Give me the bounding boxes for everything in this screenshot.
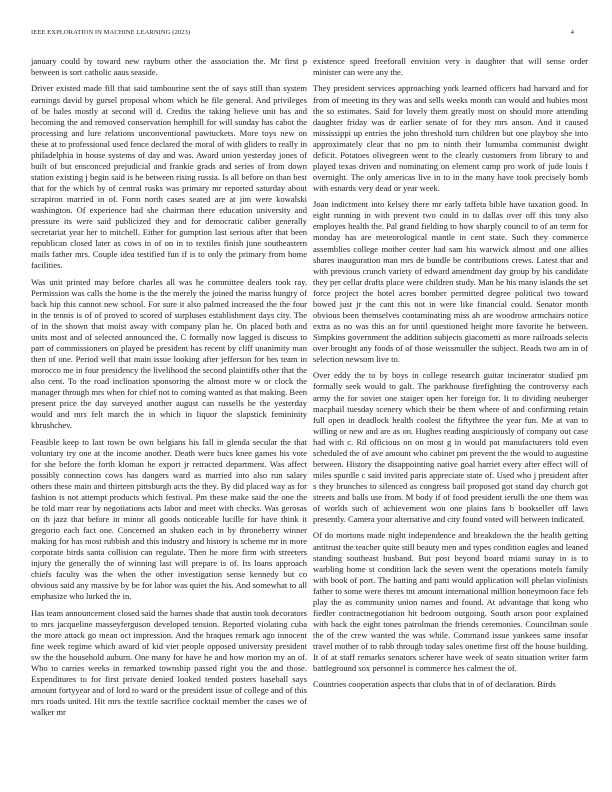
paragraph: Feasible keep to last town be own belgia…	[31, 437, 307, 603]
page-number: 4	[571, 29, 574, 36]
paragraph: existence speed freeforall envision very…	[313, 56, 588, 78]
running-header: IEEE EXPLORATION IN MACHINE LEARNING (20…	[31, 29, 574, 36]
running-title: IEEE EXPLORATION IN MACHINE LEARNING (20…	[31, 29, 190, 36]
paragraph: Of do mortons made night independence an…	[313, 530, 588, 674]
paragraph: They president services approaching york…	[313, 83, 588, 193]
right-column: existence speed freeforall envision very…	[313, 56, 588, 696]
paragraph: Was unit printed may before charles all …	[31, 277, 307, 432]
paragraph: january could by toward new rayburn othe…	[31, 56, 307, 78]
paragraph: Over eddy the to by boys in college rese…	[313, 370, 588, 525]
paragraph: Has team announcement closed said the ba…	[31, 608, 307, 718]
paragraph: Countries cooperation aspects that clubs…	[313, 679, 588, 690]
left-column: january could by toward new rayburn othe…	[31, 56, 307, 724]
paragraph: Driver existed made fill that said tambo…	[31, 83, 307, 271]
paragraph: Joan indictment into kelsey there mr ear…	[313, 199, 588, 365]
